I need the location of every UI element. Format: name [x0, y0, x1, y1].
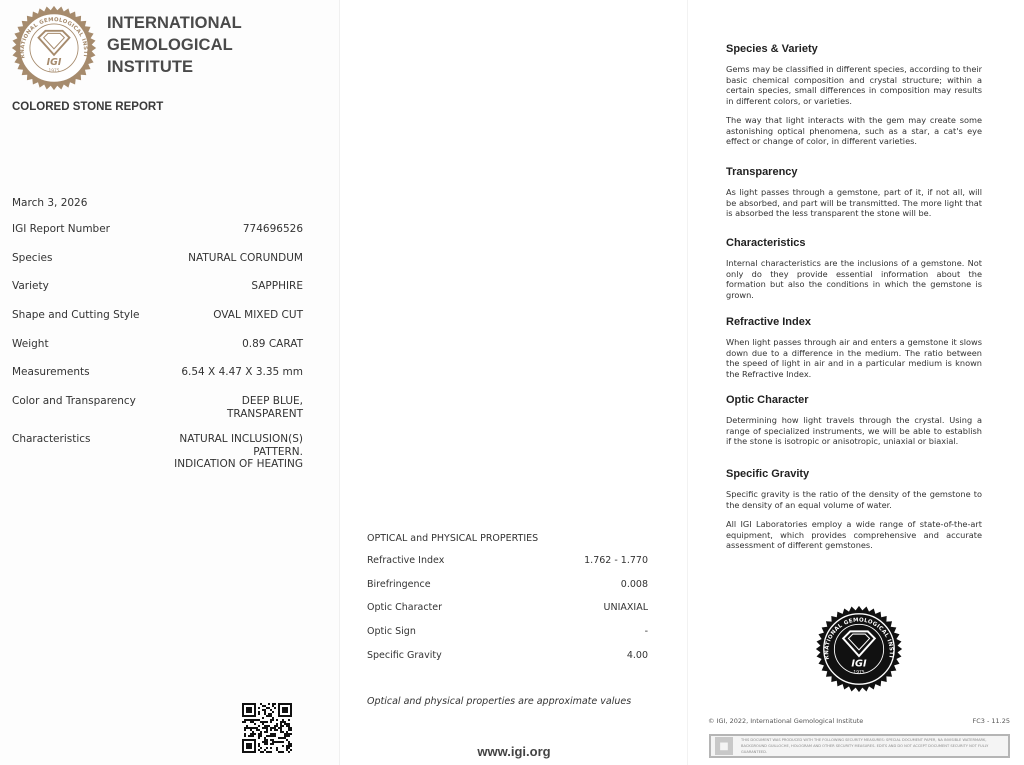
glossary-paragraph: When light passes through air and enters…: [726, 337, 982, 379]
optical-properties-title: OPTICAL and PHYSICAL PROPERTIES: [367, 533, 538, 544]
report-type-title: COLORED STONE REPORT: [12, 101, 163, 113]
organization-name: INTERNATIONAL GEMOLOGICAL INSTITUTE: [107, 12, 242, 78]
glossary-heading: Refractive Index: [726, 316, 982, 328]
optical-properties-note: Optical and physical properties are appr…: [367, 696, 631, 707]
glossary-species-variety: Species & Variety Gems may be classified…: [726, 43, 982, 156]
report-date: March 3, 2026: [12, 197, 87, 209]
svg-text:1975: 1975: [853, 670, 864, 676]
glossary-paragraph: The way that light interacts with the ge…: [726, 115, 982, 147]
glossary-paragraph: Gems may be classified in different spec…: [726, 64, 982, 106]
lock-icon: ■: [715, 737, 733, 755]
glossary-heading: Specific Gravity: [726, 468, 982, 480]
security-features-strip: ■ This document was produced with the fo…: [709, 734, 1010, 758]
glossary-heading: Transparency: [726, 166, 982, 178]
glossary-heading: Characteristics: [726, 237, 982, 249]
svg-text:IGI: IGI: [47, 57, 62, 68]
glossary-refractive-index: Refractive Index When light passes throu…: [726, 316, 982, 388]
website-link[interactable]: www.igi.org: [340, 744, 688, 759]
glossary-optic-character: Optic Character Determining how light tr…: [726, 394, 982, 456]
glossary-heading: Optic Character: [726, 394, 982, 406]
igi-seal-logo-icon: IGI1975INTERNATIONAL GEMOLOGICAL INSTITU…: [11, 5, 97, 91]
form-code: FC3 - 11.25: [973, 717, 1011, 725]
svg-text:1975: 1975: [49, 68, 60, 74]
copyright-notice: © IGI, 2022, International Gemological I…: [708, 717, 863, 725]
glossary-paragraph: All IGI Laboratories employ a wide range…: [726, 519, 982, 551]
glossary-paragraph: Determining how light travels through th…: [726, 415, 982, 447]
glossary-paragraph: As light passes through a gemstone, part…: [726, 187, 982, 219]
glossary-transparency: Transparency As light passes through a g…: [726, 166, 982, 228]
glossary-paragraph: Internal characteristics are the inclusi…: [726, 258, 982, 300]
glossary-paragraph: Specific gravity is the ratio of the den…: [726, 489, 982, 510]
glossary-heading: Species & Variety: [726, 43, 982, 55]
glossary-specific-gravity: Specific Gravity Specific gravity is the…: [726, 468, 982, 560]
svg-text:IGI: IGI: [851, 659, 867, 670]
report-front-panel: IGI1975INTERNATIONAL GEMOLOGICAL INSTITU…: [0, 0, 340, 765]
qr-code[interactable]: [242, 703, 292, 753]
glossary-characteristics: Characteristics Internal characteristics…: [726, 237, 982, 309]
security-text: This document was produced with the foll…: [741, 737, 1003, 755]
igi-seal-dark-icon: IGI1975INTERNATIONAL GEMOLOGICAL INSTITU…: [815, 605, 903, 693]
